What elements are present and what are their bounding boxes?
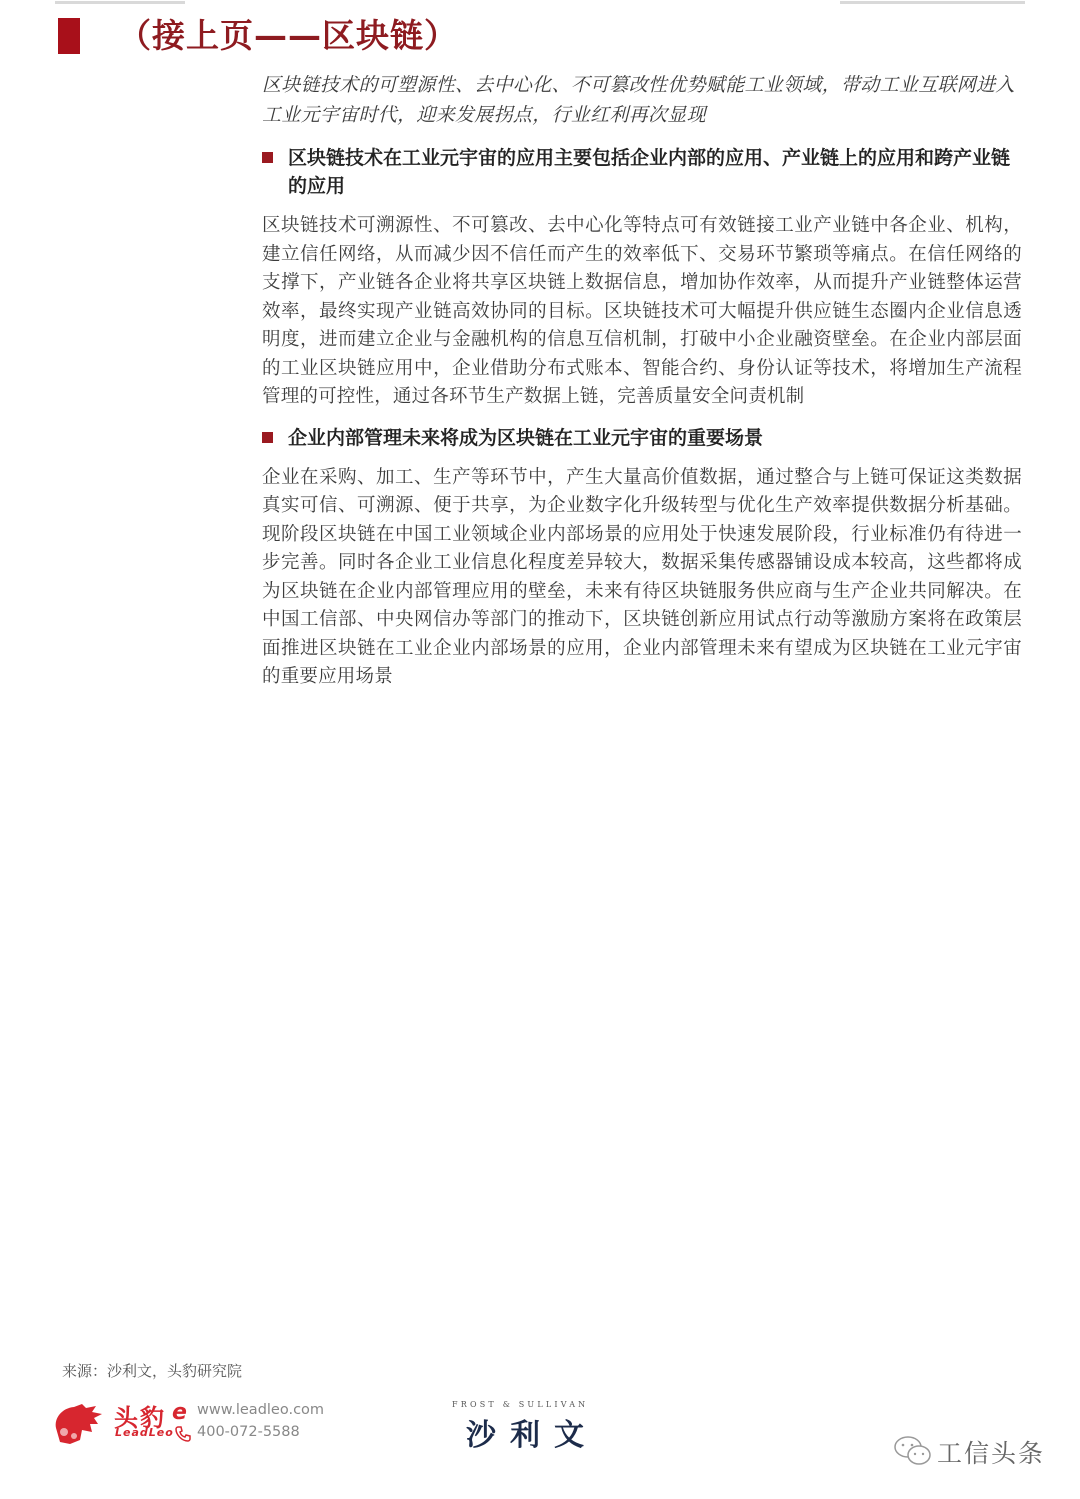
wechat-icon (893, 1434, 933, 1468)
frost-sullivan-cn: 沙利文 (466, 1410, 598, 1454)
running-header-right (840, 0, 1025, 4)
section-heading-2: 企业内部管理未来将成为区块链在工业元宇宙的重要场景 (262, 424, 1022, 452)
frost-sullivan-en: FROST & SULLIVAN (452, 1400, 588, 1409)
section-heading-text: 区块链技术在工业元宇宙的应用主要包括企业内部的应用、产业链上的应用和跨产业链的应… (288, 147, 1010, 197)
section-heading-text: 企业内部管理未来将成为区块链在工业元宇宙的重要场景 (288, 427, 763, 449)
phone-icon (174, 1425, 192, 1443)
bullet-square-icon (262, 152, 273, 163)
section-body-1: 区块链技术可溯源性、不可篡改、去中心化等特点可有效链接工业产业链中各企业、机构，… (262, 212, 1022, 412)
web-e-icon: e (172, 1400, 187, 1425)
page-title: （接上页——区块链） (118, 14, 458, 58)
leadleo-logo: 头豹 LeadLeo e www.leadleo.com 400-072-558… (52, 1398, 332, 1448)
main-content: 区块链技术的可塑源性、去中心化、不可篡改性优势赋能工业领域，带动工业互联网进入工… (262, 70, 1022, 692)
frost-sullivan-logo: FROST & SULLIVAN 沙利文 (452, 1400, 632, 1450)
running-header-left (55, 0, 185, 4)
leadleo-website: www.leadleo.com (197, 1402, 324, 1418)
title-accent-bar (58, 18, 80, 54)
watermark-text: 工信头条 (937, 1434, 1045, 1470)
section-heading-1: 区块链技术在工业元宇宙的应用主要包括企业内部的应用、产业链上的应用和跨产业链的应… (262, 144, 1022, 200)
leopard-head-icon (52, 1402, 104, 1446)
leadleo-phone: 400-072-5588 (197, 1424, 300, 1440)
source-note: 来源：沙利文，头豹研究院 (62, 1360, 242, 1381)
leadleo-en-name: LeadLeo (115, 1426, 174, 1439)
bullet-square-icon (262, 432, 273, 443)
lead-summary: 区块链技术的可塑源性、去中心化、不可篡改性优势赋能工业领域，带动工业互联网进入工… (262, 70, 1022, 130)
cropped-running-header (0, 0, 1080, 8)
section-body-2: 企业在采购、加工、生产等环节中，产生大量高价值数据，通过整合与上链可保证这类数据… (262, 464, 1022, 692)
